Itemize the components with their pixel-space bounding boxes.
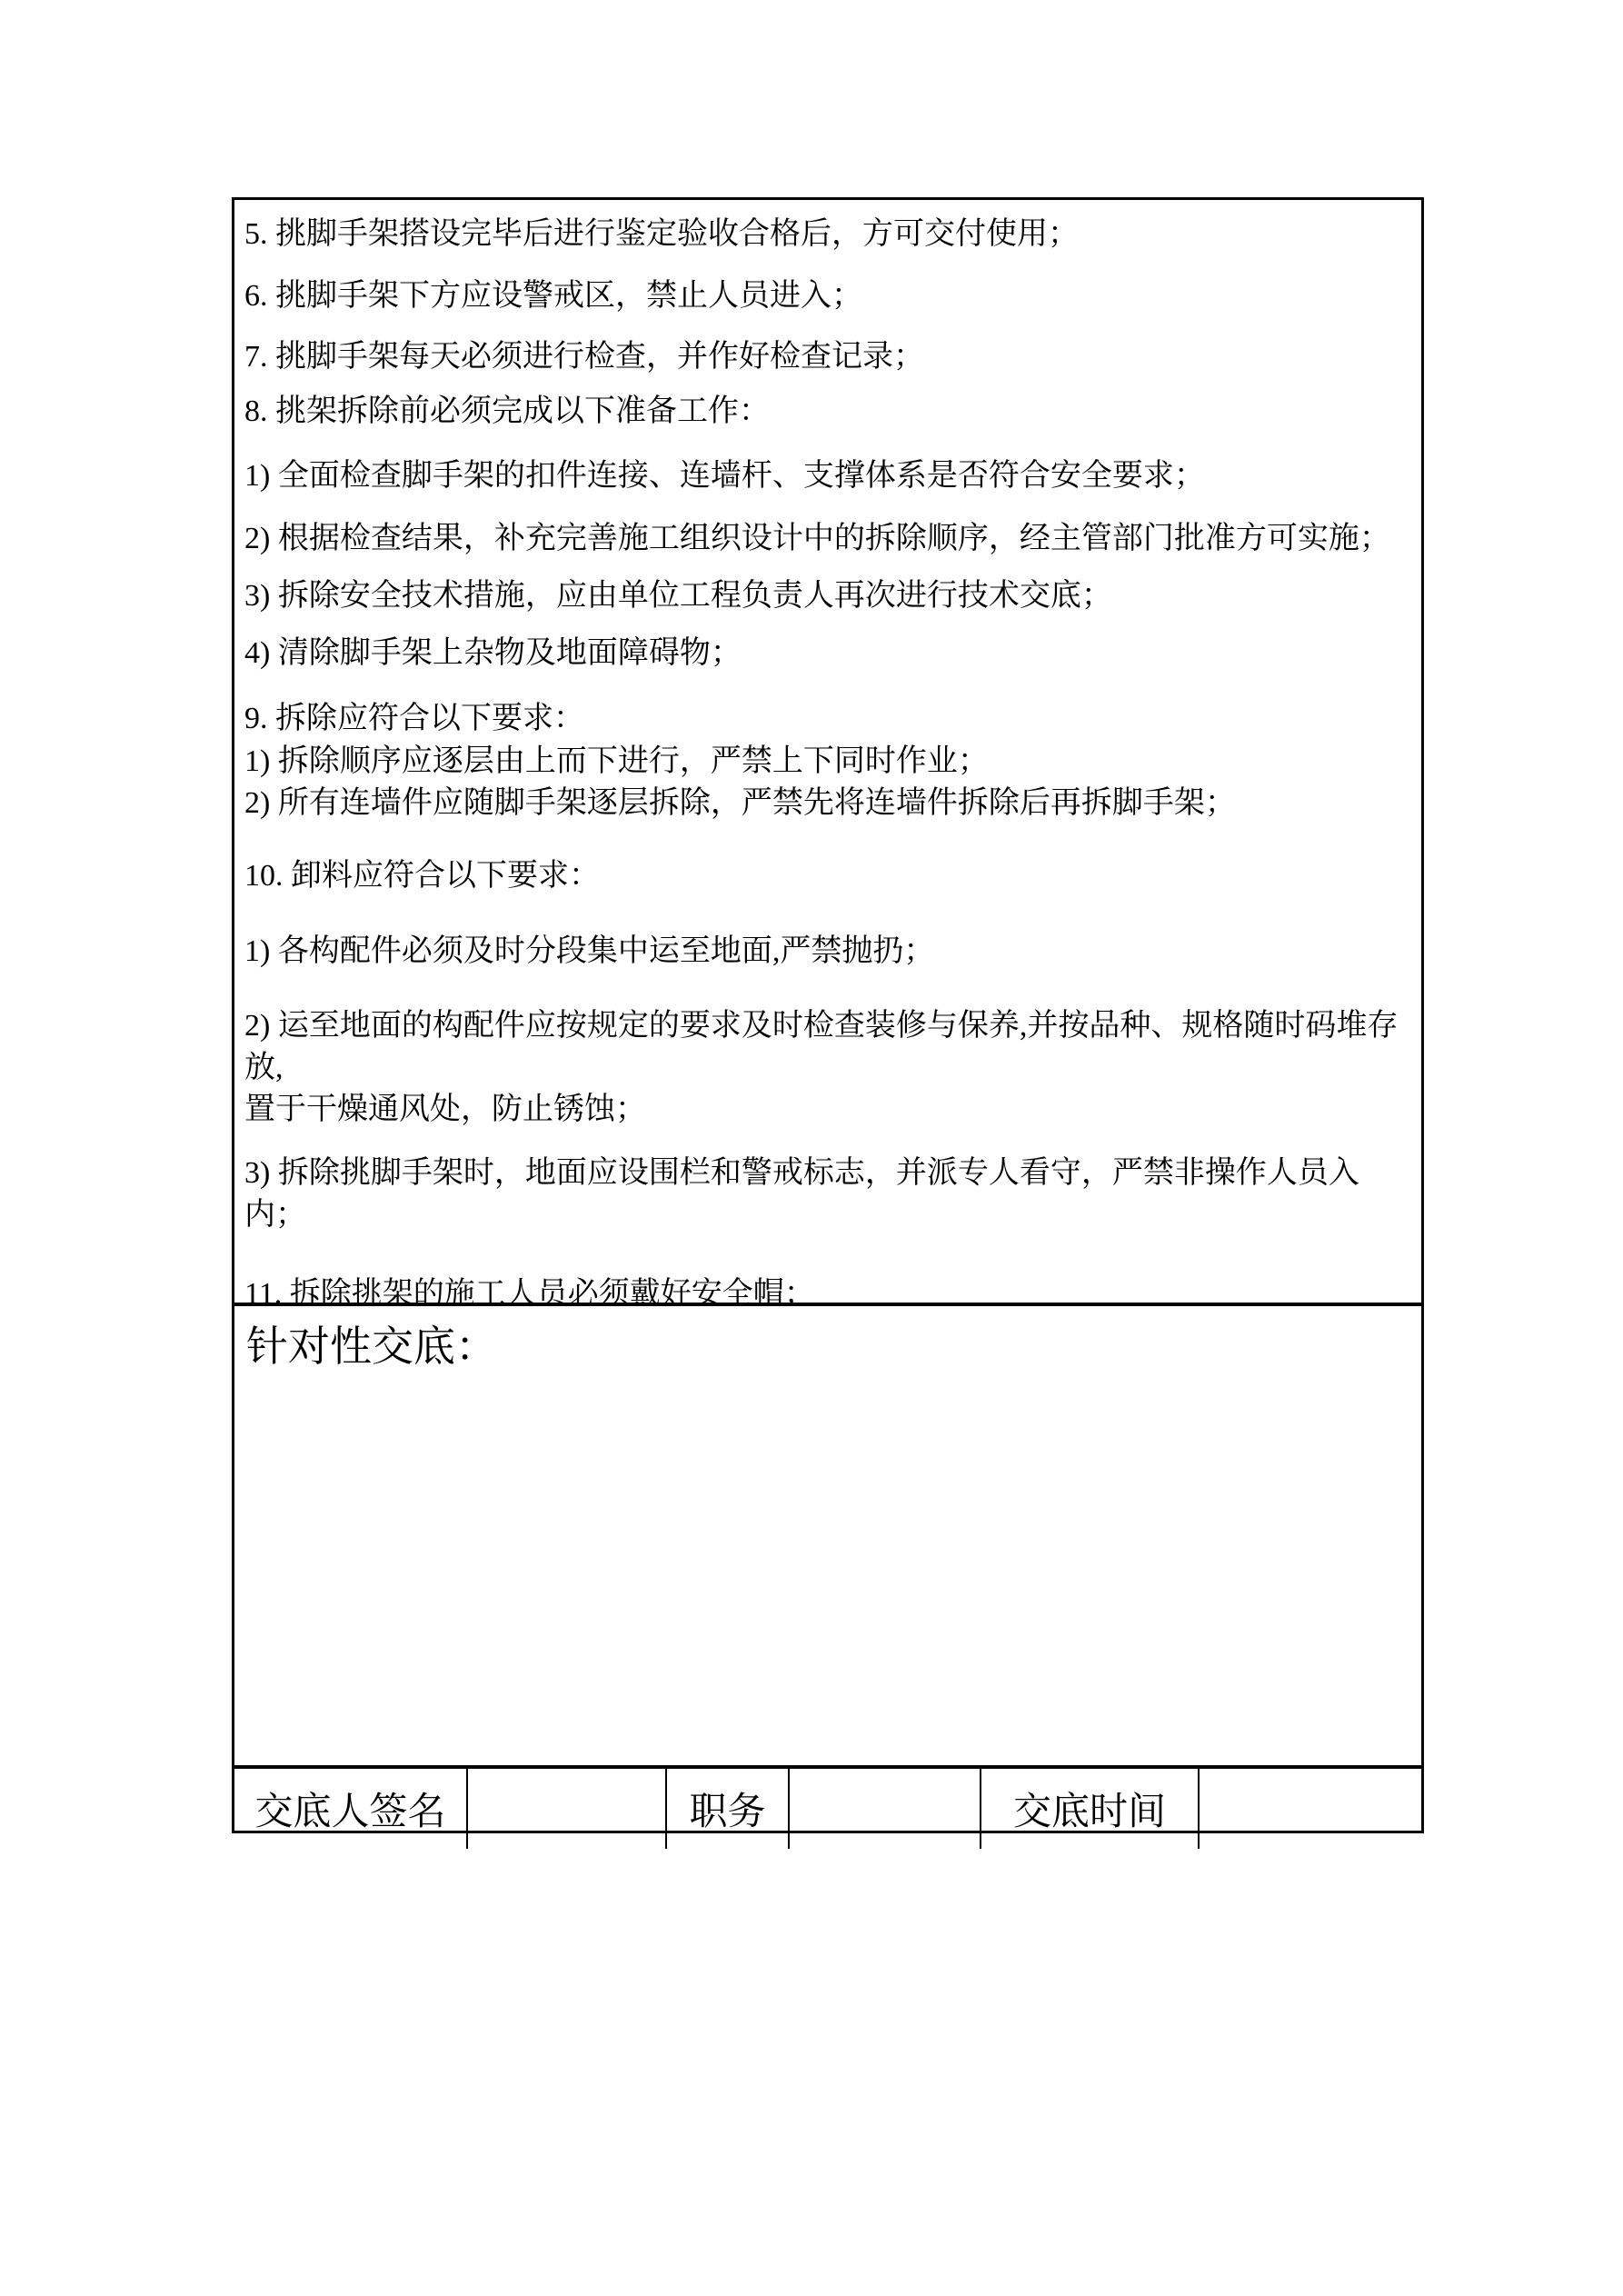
safety-item: 4) 清除脚手架上杂物及地面障碍物；	[244, 633, 1410, 674]
discloser-name-input-cell[interactable]	[466, 1769, 665, 1849]
targeted-disclosure-section: 针对性交底：	[234, 1303, 1421, 1765]
safety-item: 10. 卸料应符合以下要求：	[244, 855, 1410, 897]
safety-item: 8. 挑架拆除前必须完成以下准备工作：	[244, 391, 1410, 433]
safety-item: 5. 挑脚手架搭设完毕后进行鉴定验收合格后，方可交付使用；	[244, 214, 1410, 255]
safety-items-section: 5. 挑脚手架搭设完毕后进行鉴定验收合格后，方可交付使用； 6. 挑脚手架下方应…	[234, 200, 1421, 1303]
safety-item: 3) 拆除挑脚手架时，地面应设围栏和警戒标志，并派专人看守，严禁非操作人员入内；	[244, 1153, 1410, 1236]
safety-item: 7. 挑脚手架每天必须进行检查，并作好检查记录；	[244, 336, 1410, 378]
safety-item: 2) 所有连墙件应随脚手架逐层拆除，严禁先将连墙件拆除后再拆脚手架；	[244, 783, 1410, 824]
safety-item: 1) 各构配件必须及时分段集中运至地面,严禁抛扔；	[244, 931, 1410, 973]
disclosure-table: 5. 挑脚手架搭设完毕后进行鉴定验收合格后，方可交付使用； 6. 挑脚手架下方应…	[232, 197, 1424, 1833]
position-input-cell[interactable]	[788, 1769, 980, 1849]
disclosure-time-input-cell[interactable]	[1198, 1769, 1421, 1849]
discloser-name-label: 交底人签名	[234, 1769, 466, 1849]
safety-item: 3) 拆除安全技术措施，应由单位工程负责人再次进行技术交底；	[244, 575, 1410, 617]
signature-row: 交底人签名 职务 交底时间	[234, 1765, 1421, 1849]
safety-item: 2) 根据检查结果，补充完善施工组织设计中的拆除顺序，经主管部门批准方可实施；	[244, 518, 1410, 560]
safety-item: 11. 拆除挑架的施工人员必须戴好安全帽；	[244, 1273, 1410, 1303]
targeted-disclosure-label: 针对性交底：	[246, 1323, 497, 1370]
safety-item: 1) 全面检查脚手架的扣件连接、连墙杆、支撑体系是否符合安全要求；	[244, 455, 1410, 497]
safety-item: 2) 运至地面的构配件应按规定的要求及时检查装修与保养,并按品种、规格随时码堆存…	[244, 1005, 1410, 1131]
position-label: 职务	[665, 1769, 788, 1849]
safety-item: 1) 拆除顺序应逐层由上而下进行，严禁上下同时作业；	[244, 741, 1410, 783]
document-page: 5. 挑脚手架搭设完毕后进行鉴定验收合格后，方可交付使用； 6. 挑脚手架下方应…	[0, 0, 1623, 2296]
disclosure-time-label: 交底时间	[980, 1769, 1198, 1849]
safety-item: 9. 拆除应符合以下要求：	[244, 698, 1410, 740]
safety-item: 6. 挑脚手架下方应设警戒区，禁止人员进入；	[244, 275, 1410, 317]
